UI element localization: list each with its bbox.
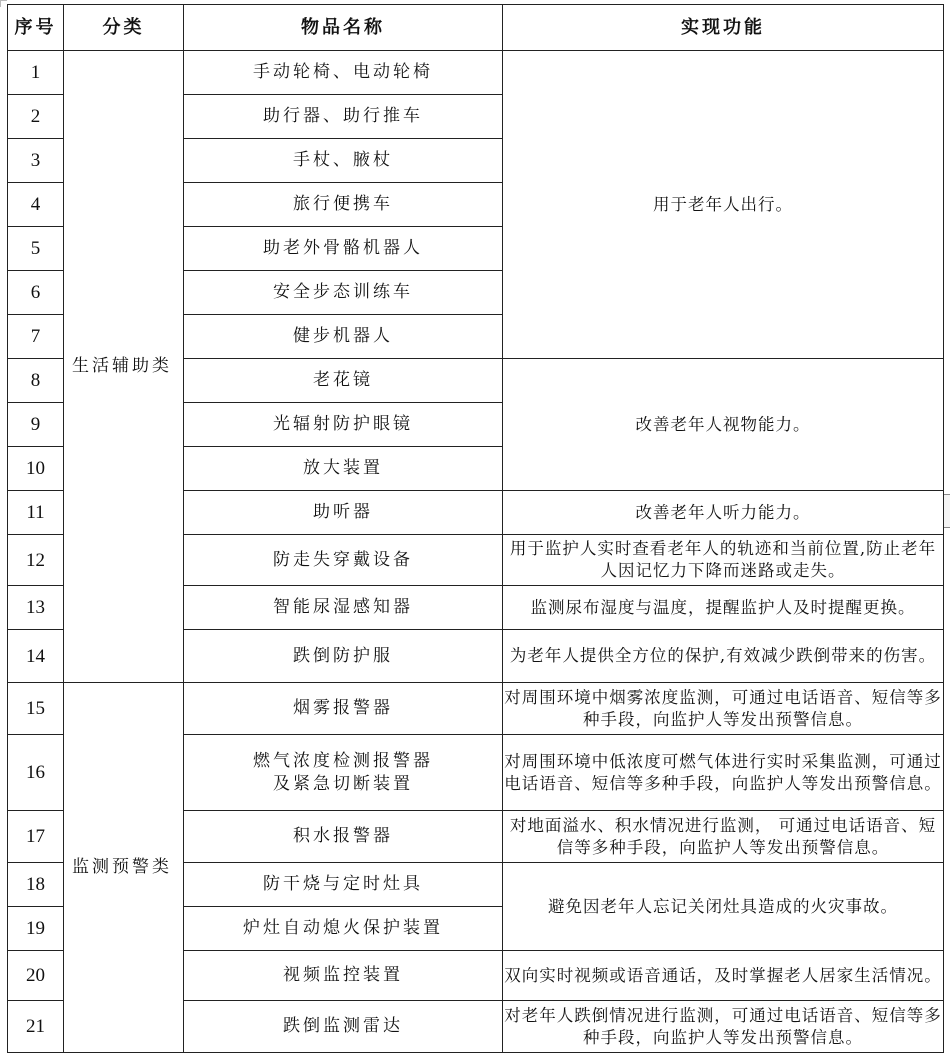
- item-name-line-1: 燃气浓度检测报警器: [186, 750, 500, 773]
- row-number: 16: [8, 735, 64, 811]
- function-cell: 对老年人跌倒情况进行监测，可通过电话语音、短信等多种手段，向监护人等发出预警信息…: [503, 1001, 944, 1053]
- row-number: 19: [8, 907, 64, 951]
- row-number: 10: [8, 447, 64, 491]
- item-name: 燃气浓度检测报警器 及紧急切断装置: [184, 735, 503, 811]
- item-name: 助行器、助行推车: [184, 95, 503, 139]
- scroll-edge-marker: [944, 494, 950, 528]
- row-number: 15: [8, 683, 64, 735]
- row-number: 4: [8, 183, 64, 227]
- row-number: 17: [8, 811, 64, 863]
- header-category: 分类: [64, 5, 184, 51]
- item-name: 光辐射防护眼镜: [184, 403, 503, 447]
- item-name: 视频监控装置: [184, 951, 503, 1001]
- item-name: 手杖、腋杖: [184, 139, 503, 183]
- row-number: 12: [8, 535, 64, 586]
- item-name: 安全步态训练车: [184, 271, 503, 315]
- item-name: 跌倒监测雷达: [184, 1001, 503, 1053]
- item-name: 智能尿湿感知器: [184, 586, 503, 630]
- row-number: 20: [8, 951, 64, 1001]
- header-item-name: 物品名称: [184, 5, 503, 51]
- item-name: 积水报警器: [184, 811, 503, 863]
- function-cell: 改善老年人听力能力。: [503, 491, 944, 535]
- function-cell: 监测尿布湿度与温度，提醒监护人及时提醒更换。: [503, 586, 944, 630]
- header-row: 序号 分类 物品名称 实现功能: [8, 5, 944, 51]
- item-name: 炉灶自动熄火保护装置: [184, 907, 503, 951]
- row-number: 2: [8, 95, 64, 139]
- row-number: 9: [8, 403, 64, 447]
- row-number: 21: [8, 1001, 64, 1053]
- function-cell: 用于老年人出行。: [503, 51, 944, 359]
- table-row: 1 生活辅助类 手动轮椅、电动轮椅 用于老年人出行。: [8, 51, 944, 95]
- row-number: 11: [8, 491, 64, 535]
- item-name: 防走失穿戴设备: [184, 535, 503, 586]
- row-number: 18: [8, 863, 64, 907]
- function-cell: 用于监护人实时查看老年人的轨迹和当前位置,防止老年人因记忆力下降而迷路或走失。: [503, 535, 944, 586]
- category-cell: 监测预警类: [64, 683, 184, 1053]
- row-number: 3: [8, 139, 64, 183]
- item-name: 防干烧与定时灶具: [184, 863, 503, 907]
- category-cell: 生活辅助类: [64, 51, 184, 683]
- item-name: 烟雾报警器: [184, 683, 503, 735]
- elderly-aids-table: 序号 分类 物品名称 实现功能 1 生活辅助类 手动轮椅、电动轮椅 用于老年人出…: [7, 4, 944, 1053]
- row-number: 7: [8, 315, 64, 359]
- item-name: 手动轮椅、电动轮椅: [184, 51, 503, 95]
- function-cell: 对周围环境中烟雾浓度监测，可通过电话语音、短信等多种手段，向监护人等发出预警信息…: [503, 683, 944, 735]
- item-name: 助听器: [184, 491, 503, 535]
- item-name: 健步机器人: [184, 315, 503, 359]
- row-number: 6: [8, 271, 64, 315]
- item-name: 跌倒防护服: [184, 630, 503, 683]
- row-number: 8: [8, 359, 64, 403]
- row-number: 1: [8, 51, 64, 95]
- item-name: 旅行便携车: [184, 183, 503, 227]
- table-row: 15 监测预警类 烟雾报警器 对周围环境中烟雾浓度监测，可通过电话语音、短信等多…: [8, 683, 944, 735]
- function-cell: 双向实时视频或语音通话，及时掌握老人居家生活情况。: [503, 951, 944, 1001]
- function-cell: 避免因老年人忘记关闭灶具造成的火灾事故。: [503, 863, 944, 951]
- row-number: 13: [8, 586, 64, 630]
- row-number: 14: [8, 630, 64, 683]
- function-cell: 对地面溢水、积水情况进行监测， 可通过电话语音、短信等多种手段，向监护人等发出预…: [503, 811, 944, 863]
- item-name: 助老外骨骼机器人: [184, 227, 503, 271]
- item-name: 老花镜: [184, 359, 503, 403]
- function-cell: 为老年人提供全方位的保护,有效减少跌倒带来的伤害。: [503, 630, 944, 683]
- function-cell: 改善老年人视物能力。: [503, 359, 944, 491]
- item-name-line-2: 及紧急切断装置: [186, 773, 500, 796]
- header-function: 实现功能: [503, 5, 944, 51]
- row-number: 5: [8, 227, 64, 271]
- item-name: 放大装置: [184, 447, 503, 491]
- header-index: 序号: [8, 5, 64, 51]
- page-corner-mark: [0, 0, 7, 7]
- function-cell: 对周围环境中低浓度可燃气体进行实时采集监测，可通过电话语音、短信等多种手段，向监…: [503, 735, 944, 811]
